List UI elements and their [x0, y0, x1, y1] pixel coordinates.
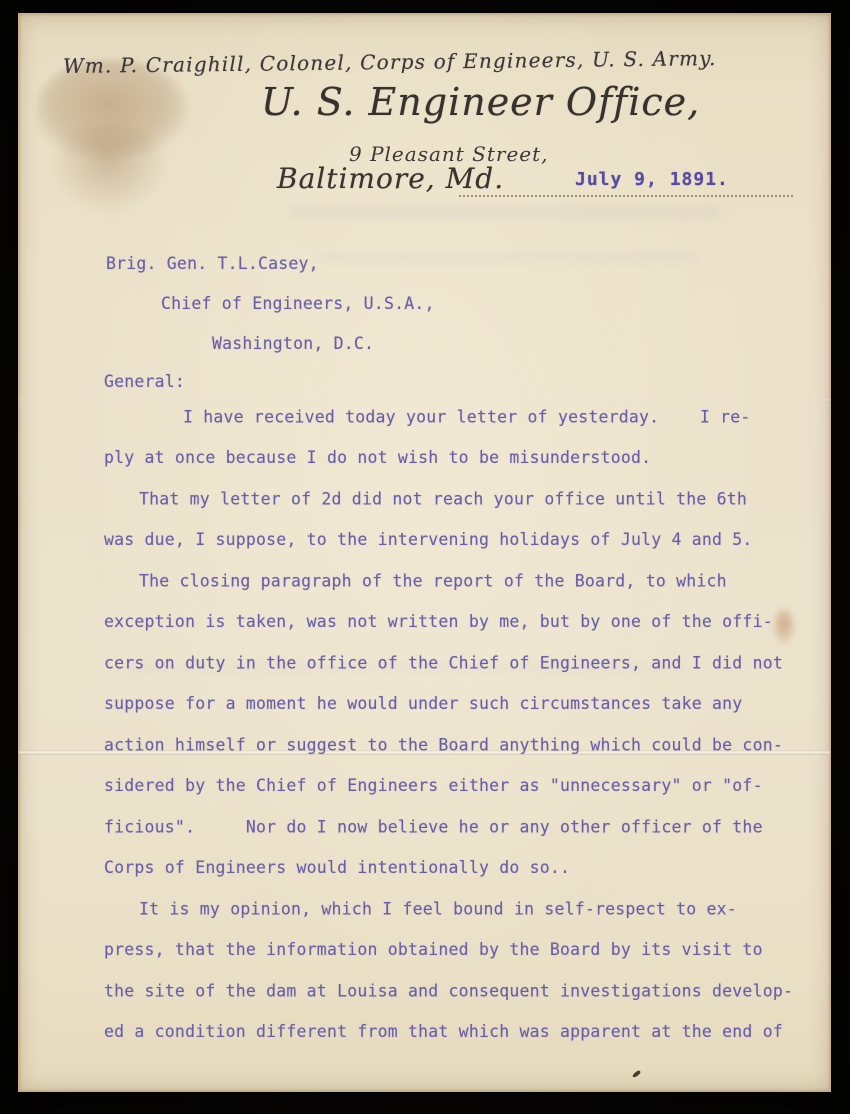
- recipient-location: Washington, D.C.: [212, 334, 374, 353]
- letterhead-office-name: U. S. Engineer Office,: [261, 80, 700, 124]
- body-line: ply at once because I do not wish to be …: [104, 447, 819, 488]
- letter-body: I have received today your letter of yes…: [104, 406, 819, 1062]
- body-line: cers on duty in the office of the Chief …: [104, 653, 819, 694]
- body-line: exception is taken, was not written by m…: [104, 611, 819, 652]
- date-rule: [459, 195, 793, 197]
- salutation: General:: [104, 372, 185, 391]
- body-line: sidered by the Chief of Engineers either…: [104, 775, 819, 816]
- body-line: the site of the dam at Louisa and conseq…: [104, 981, 819, 1022]
- typed-date: July 9, 1891.: [575, 169, 729, 190]
- body-line: I have received today your letter of yes…: [104, 407, 819, 448]
- body-line: The closing paragraph of the report of t…: [104, 571, 819, 612]
- paper-stain-lower: [49, 124, 169, 214]
- body-line: press, that the information obtained by …: [104, 939, 819, 980]
- recipient-title: Chief of Engineers, U.S.A.,: [161, 294, 435, 313]
- ink-speck: [632, 1070, 642, 1078]
- body-line: action himself or suggest to the Board a…: [104, 735, 819, 776]
- ink-bleedthrough: [319, 252, 699, 263]
- body-line: It is my opinion, which I feel bound in …: [104, 899, 819, 940]
- body-line: suppose for a moment he would under such…: [104, 693, 819, 734]
- body-line: That my letter of 2d did not reach your …: [104, 489, 819, 530]
- letter-page: Wm. P. Craighill, Colonel, Corps of Engi…: [18, 13, 831, 1092]
- ink-bleedthrough: [289, 206, 719, 219]
- body-line: was due, I suppose, to the intervening h…: [104, 529, 819, 570]
- body-line: Corps of Engineers would intentionally d…: [104, 857, 819, 898]
- recipient-name: Brig. Gen. T.L.Casey,: [106, 254, 319, 273]
- fold-crease-upper: [19, 398, 830, 402]
- letterhead-city-line: Baltimore, Md.: [277, 162, 504, 195]
- body-line: ficious". Nor do I now believe he or any…: [104, 817, 819, 858]
- scan-background: Wm. P. Craighill, Colonel, Corps of Engi…: [0, 0, 850, 1114]
- body-line: ed a condition different from that which…: [104, 1021, 819, 1062]
- letterhead-officer-line: Wm. P. Craighill, Colonel, Corps of Engi…: [63, 46, 717, 78]
